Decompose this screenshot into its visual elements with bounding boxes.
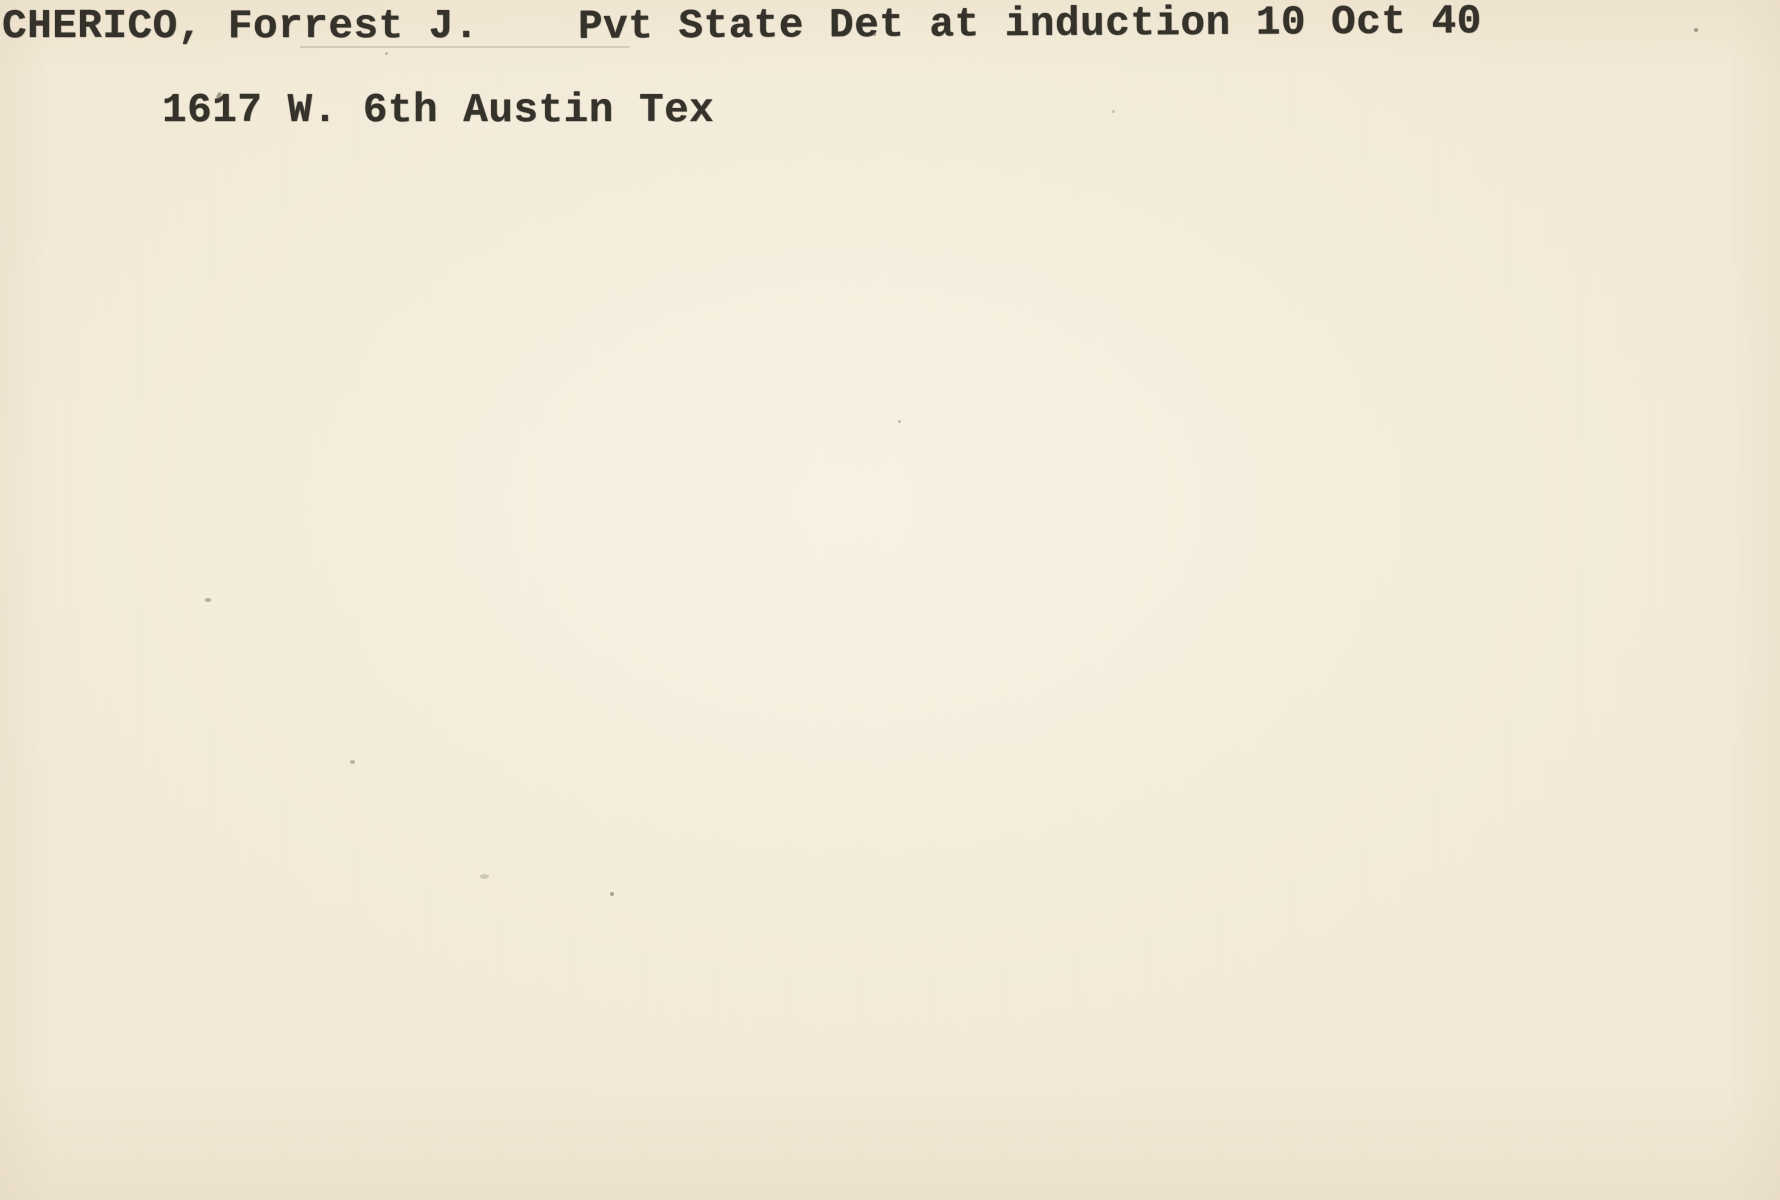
index-card: CHERICO, Forrest J. Pvt State Det at ind… [0, 0, 1780, 1200]
soldier-name: CHERICO, Forrest J. [2, 4, 479, 50]
paper-speck [873, 33, 876, 36]
paper-speck [385, 52, 388, 55]
paper-speck [350, 760, 355, 764]
service-note: Pvt State Det at induction 10 Oct 40 [578, 0, 1482, 51]
paper-speck [480, 874, 489, 879]
paper-speck [1112, 110, 1115, 113]
ink-smear [300, 46, 630, 48]
address-line: 1617 W. 6th Austin Tex [162, 88, 714, 134]
paper-speck [205, 598, 211, 602]
paper-speck [898, 420, 901, 423]
paper-speck [1694, 28, 1698, 32]
paper-speck [610, 892, 614, 896]
